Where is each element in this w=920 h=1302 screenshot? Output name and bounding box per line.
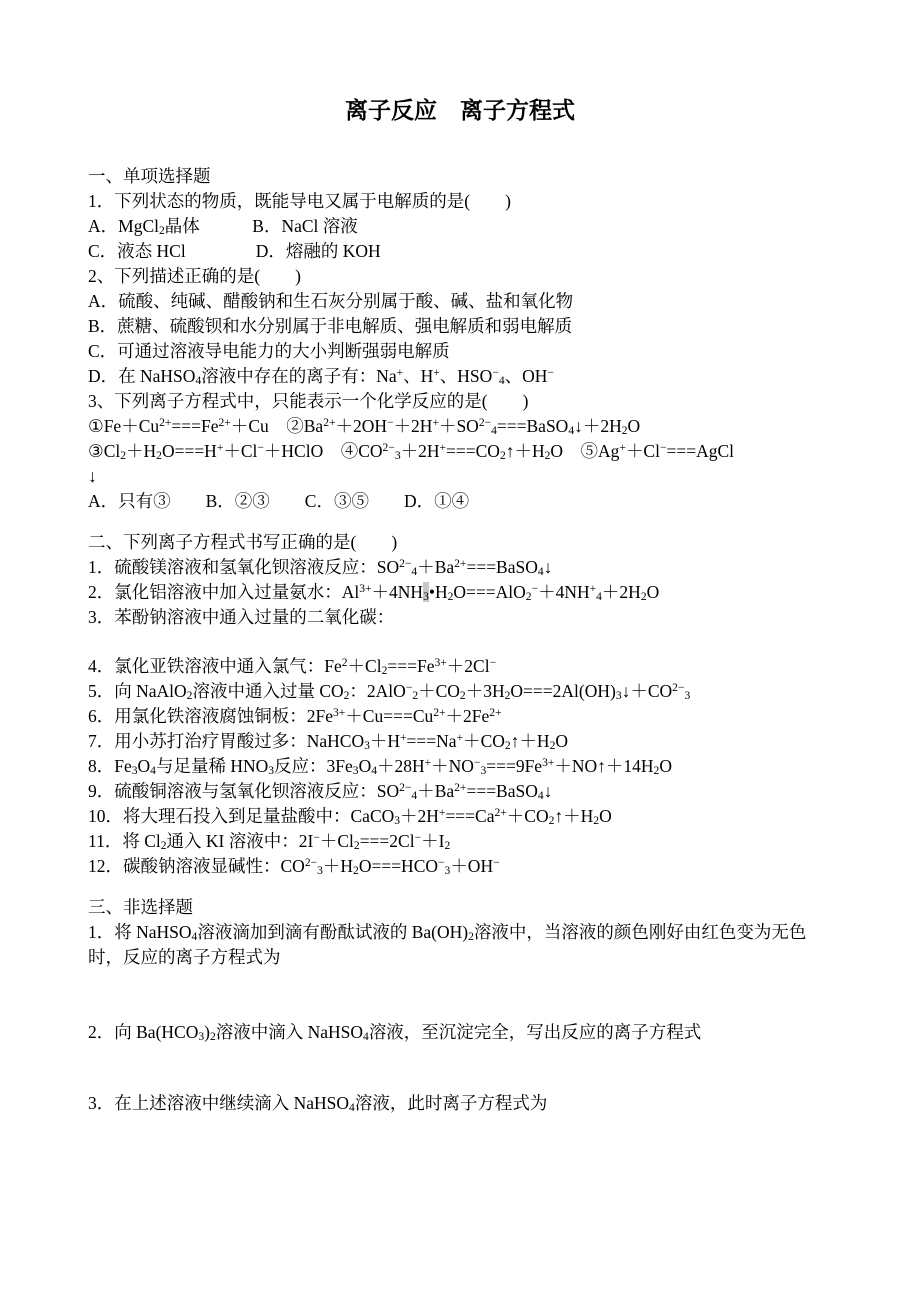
s1-q3-choices: A．只有③ B．②③ C．③⑤ D．①④: [88, 489, 832, 514]
s1-q2-option-a: A．硫酸、纯碱、醋酸钠和生石灰分别属于酸、碱、盐和氧化物: [88, 289, 832, 314]
s2-item-4: 4．氯化亚铁溶液中通入氯气：Fe2＋Cl2===Fe3+＋2Cl−: [88, 654, 832, 679]
s2-item-9: 9．硫酸铜溶液与氢氧化钡溶液反应：SO2−4＋Ba2+===BaSO4↓: [88, 779, 832, 804]
s2-item-11: 11．将 Cl2通入 KI 溶液中：2I−＋Cl2===2Cl−＋I2: [88, 829, 832, 854]
s2-item-8: 8．Fe3O4与足量稀 HNO3反应：3Fe3O4＋28H+＋NO−3===9F…: [88, 754, 832, 779]
s1-q3-equations-3-5: ③Cl2＋H2O===H+＋Cl−＋HClO ④CO2−3＋2H+===CO2↑…: [88, 439, 832, 464]
s1-q3-stem: 3、下列离子方程式中，只能表示一个化学反应的是( ): [88, 389, 832, 414]
s1-q2-option-c: C．可通过溶液导电能力的大小判断强弱电解质: [88, 339, 832, 364]
document-title: 离子反应 离子方程式: [88, 96, 832, 126]
section-free-response: 三、非选择题 1．将 NaHSO4溶液滴加到滴有酚酞试液的 Ba(OH)2溶液中…: [88, 895, 832, 1116]
s2-item-6: 6．用氯化铁溶液腐蚀铜板：2Fe3+＋Cu===Cu2+＋2Fe2+: [88, 704, 832, 729]
s1-q1-options-cd: C．液态 HCl D．熔融的 KOH: [88, 239, 832, 264]
s2-item-7: 7．用小苏打治疗胃酸过多：NaHCO3＋H+===Na+＋CO2↑＋H2O: [88, 729, 832, 754]
s1-q3-equations-1-2: ①Fe＋Cu2+===Fe2+＋Cu ②Ba2+＋2OH−＋2H+＋SO2−4=…: [88, 414, 832, 439]
section2-heading: 二、下列离子方程式书写正确的是( ): [88, 530, 832, 555]
section-single-choice: 一、单项选择题 1．下列状态的物质，既能导电又属于电解质的是( ) A．MgCl…: [88, 164, 832, 514]
s1-q2-stem: 2、下列描述正确的是( ): [88, 264, 832, 289]
s2-item-2: 2．氯化铝溶液中加入过量氨水：Al3+＋4NH3•H2O===AlO2−＋4NH…: [88, 580, 832, 605]
s1-q2-option-b: B．蔗糖、硫酸钡和水分别属于非电解质、强电解质和弱电解质: [88, 314, 832, 339]
s1-q3-wrapped-arrow: ↓: [88, 464, 832, 489]
s2-item-1: 1．硫酸镁溶液和氢氧化钡溶液反应：SO2−4＋Ba2+===BaSO4↓: [88, 555, 832, 580]
section-equation-judgement: 二、下列离子方程式书写正确的是( ) 1．硫酸镁溶液和氢氧化钡溶液反应：SO2−…: [88, 530, 832, 879]
s3-question-2: 2．向 Ba(HCO3)2溶液中滴入 NaHSO4溶液，至沉淀完全，写出反应的离…: [88, 1020, 832, 1045]
s2-item-10: 10．将大理石投入到足量盐酸中：CaCO3＋2H+===Ca2+＋CO2↑＋H2…: [88, 804, 832, 829]
section3-heading: 三、非选择题: [88, 895, 832, 920]
section1-heading: 一、单项选择题: [88, 164, 832, 189]
s1-q2-option-d: D．在 NaHSO4溶液中存在的离子有：Na+、H+、HSO−4、OH−: [88, 364, 832, 389]
s2-item-12: 12．碳酸钠溶液显碱性：CO2−3＋H2O===HCO−3＋OH−: [88, 854, 832, 879]
s1-q1-options-ab: A．MgCl2晶体 B．NaCl 溶液: [88, 214, 832, 239]
s3-question-3: 3．在上述溶液中继续滴入 NaHSO4溶液，此时离子方程式为: [88, 1091, 832, 1116]
worksheet-page: 离子反应 离子方程式 一、单项选择题 1．下列状态的物质，既能导电又属于电解质的…: [0, 0, 920, 1302]
s2-item-5: 5．向 NaAlO2溶液中通入过量 CO2：2AlO−2＋CO2＋3H2O===…: [88, 679, 832, 704]
s3-question-1: 1．将 NaHSO4溶液滴加到滴有酚酞试液的 Ba(OH)2溶液中，当溶液的颜色…: [88, 920, 832, 970]
s2-item-3: 3．苯酚钠溶液中通入过量的二氧化碳：: [88, 605, 832, 630]
s1-q1-stem: 1．下列状态的物质，既能导电又属于电解质的是( ): [88, 189, 832, 214]
